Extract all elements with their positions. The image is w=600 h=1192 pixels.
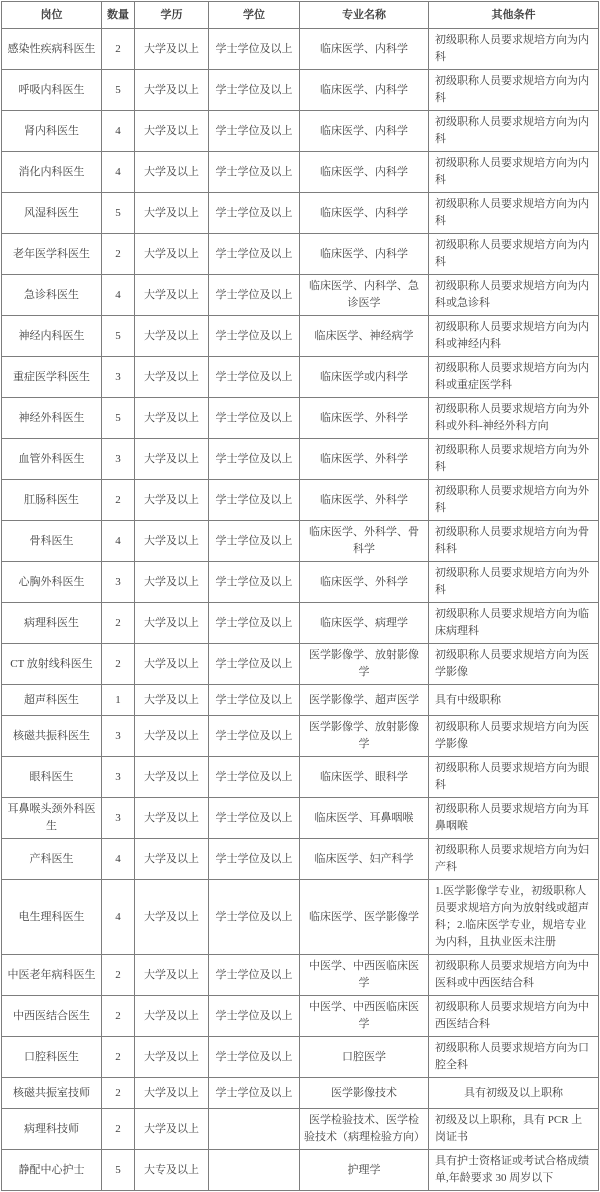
cell-count: 3 bbox=[102, 798, 135, 839]
cell-count: 5 bbox=[102, 70, 135, 111]
cell-count: 2 bbox=[102, 1078, 135, 1109]
cell-major: 中医学、中西医临床医学 bbox=[300, 996, 429, 1037]
cell-major: 临床医学、病理学 bbox=[300, 603, 429, 644]
cell-count: 2 bbox=[102, 996, 135, 1037]
cell-count: 2 bbox=[102, 955, 135, 996]
cell-degree bbox=[209, 1109, 300, 1150]
cell-education: 大学及以上 bbox=[135, 1109, 209, 1150]
table-row: 肾内科医生 4 大学及以上 学士学位及以上 临床医学、内科学 初级职称人员要求规… bbox=[2, 111, 599, 152]
cell-education: 大学及以上 bbox=[135, 644, 209, 685]
cell-degree: 学士学位及以上 bbox=[209, 996, 300, 1037]
cell-major: 临床医学、内科学 bbox=[300, 234, 429, 275]
cell-education: 大学及以上 bbox=[135, 357, 209, 398]
cell-count: 4 bbox=[102, 839, 135, 880]
cell-major: 临床医学、耳鼻咽喉 bbox=[300, 798, 429, 839]
cell-education: 大学及以上 bbox=[135, 193, 209, 234]
cell-degree: 学士学位及以上 bbox=[209, 562, 300, 603]
cell-major: 医学影像学、超声医学 bbox=[300, 685, 429, 716]
cell-education: 大学及以上 bbox=[135, 685, 209, 716]
cell-degree: 学士学位及以上 bbox=[209, 193, 300, 234]
column-header-major: 专业名称 bbox=[300, 2, 429, 29]
cell-degree: 学士学位及以上 bbox=[209, 955, 300, 996]
cell-conditions: 初级职称人员要求规培方向为妇产科 bbox=[429, 839, 599, 880]
cell-position: 骨科医生 bbox=[2, 521, 102, 562]
cell-count: 3 bbox=[102, 716, 135, 757]
cell-conditions: 初级职称人员要求规培方向为内科 bbox=[429, 152, 599, 193]
cell-position: 眼科医生 bbox=[2, 757, 102, 798]
cell-position: 核磁共振室技师 bbox=[2, 1078, 102, 1109]
cell-major: 临床医学、神经病学 bbox=[300, 316, 429, 357]
cell-education: 大学及以上 bbox=[135, 839, 209, 880]
cell-position: 感染性疾病科医生 bbox=[2, 29, 102, 70]
cell-major: 临床医学、外科学 bbox=[300, 398, 429, 439]
cell-education: 大学及以上 bbox=[135, 757, 209, 798]
cell-count: 5 bbox=[102, 1150, 135, 1191]
cell-count: 4 bbox=[102, 521, 135, 562]
cell-degree: 学士学位及以上 bbox=[209, 880, 300, 955]
table-row: 口腔科医生 2 大学及以上 学士学位及以上 口腔医学 初级职称人员要求规培方向为… bbox=[2, 1037, 599, 1078]
cell-degree: 学士学位及以上 bbox=[209, 1037, 300, 1078]
table-row: CT 放射线科医生 2 大学及以上 学士学位及以上 医学影像学、放射影像学 初级… bbox=[2, 644, 599, 685]
cell-conditions: 初级职称人员要求规培方向为内科或重症医学科 bbox=[429, 357, 599, 398]
cell-degree: 学士学位及以上 bbox=[209, 480, 300, 521]
cell-position: 神经外科医生 bbox=[2, 398, 102, 439]
table-row: 重症医学科医生 3 大学及以上 学士学位及以上 临床医学或内科学 初级职称人员要… bbox=[2, 357, 599, 398]
cell-conditions: 初级职称人员要求规培方向为外科 bbox=[429, 439, 599, 480]
cell-education: 大学及以上 bbox=[135, 29, 209, 70]
cell-education: 大学及以上 bbox=[135, 521, 209, 562]
cell-degree: 学士学位及以上 bbox=[209, 798, 300, 839]
cell-conditions: 初级及以上职称，具有 PCR 上岗证书 bbox=[429, 1109, 599, 1150]
cell-education: 大学及以上 bbox=[135, 1078, 209, 1109]
cell-education: 大学及以上 bbox=[135, 955, 209, 996]
cell-count: 2 bbox=[102, 234, 135, 275]
cell-count: 2 bbox=[102, 1109, 135, 1150]
cell-education: 大学及以上 bbox=[135, 152, 209, 193]
cell-position: 消化内科医生 bbox=[2, 152, 102, 193]
table-row: 核磁共振科医生 3 大学及以上 学士学位及以上 医学影像学、放射影像学 初级职称… bbox=[2, 716, 599, 757]
cell-conditions: 初级职称人员要求规培方向为内科 bbox=[429, 111, 599, 152]
cell-major: 临床医学、眼科学 bbox=[300, 757, 429, 798]
table-row: 超声科医生 1 大学及以上 学士学位及以上 医学影像学、超声医学 具有中级职称 bbox=[2, 685, 599, 716]
cell-education: 大学及以上 bbox=[135, 316, 209, 357]
cell-count: 5 bbox=[102, 193, 135, 234]
cell-education: 大学及以上 bbox=[135, 70, 209, 111]
cell-conditions: 初级职称人员要求规培方向为内科 bbox=[429, 29, 599, 70]
cell-major: 临床医学、内科学 bbox=[300, 29, 429, 70]
cell-education: 大学及以上 bbox=[135, 716, 209, 757]
cell-degree: 学士学位及以上 bbox=[209, 839, 300, 880]
table-row: 病理科技师 2 大学及以上 医学检验技术、医学检验技术（病理检验方向） 初级及以… bbox=[2, 1109, 599, 1150]
table-row: 耳鼻喉头颈外科医生 3 大学及以上 学士学位及以上 临床医学、耳鼻咽喉 初级职称… bbox=[2, 798, 599, 839]
cell-major: 医学影像学、放射影像学 bbox=[300, 644, 429, 685]
cell-degree: 学士学位及以上 bbox=[209, 521, 300, 562]
cell-degree bbox=[209, 1150, 300, 1191]
cell-major: 临床医学、内科学 bbox=[300, 152, 429, 193]
cell-education: 大学及以上 bbox=[135, 480, 209, 521]
table-row: 肛肠科医生 2 大学及以上 学士学位及以上 临床医学、外科学 初级职称人员要求规… bbox=[2, 480, 599, 521]
cell-conditions: 具有中级职称 bbox=[429, 685, 599, 716]
cell-education: 大学及以上 bbox=[135, 562, 209, 603]
table-row: 风湿科医生 5 大学及以上 学士学位及以上 临床医学、内科学 初级职称人员要求规… bbox=[2, 193, 599, 234]
cell-education: 大学及以上 bbox=[135, 275, 209, 316]
cell-major: 护理学 bbox=[300, 1150, 429, 1191]
cell-major: 中医学、中西医临床医学 bbox=[300, 955, 429, 996]
cell-degree: 学士学位及以上 bbox=[209, 111, 300, 152]
cell-conditions: 初级职称人员要求规培方向为内科 bbox=[429, 193, 599, 234]
table-row: 消化内科医生 4 大学及以上 学士学位及以上 临床医学、内科学 初级职称人员要求… bbox=[2, 152, 599, 193]
cell-count: 5 bbox=[102, 398, 135, 439]
cell-conditions: 初级职称人员要求规培方向为眼科 bbox=[429, 757, 599, 798]
table-row: 神经外科医生 5 大学及以上 学士学位及以上 临床医学、外科学 初级职称人员要求… bbox=[2, 398, 599, 439]
cell-major: 临床医学、外科学、骨科学 bbox=[300, 521, 429, 562]
cell-major: 医学影像技术 bbox=[300, 1078, 429, 1109]
cell-conditions: 初级职称人员要求规培方向为内科 bbox=[429, 70, 599, 111]
cell-conditions: 具有护士资格证或考试合格成绩单,年龄要求 30 周岁以下 bbox=[429, 1150, 599, 1191]
cell-position: 静配中心护士 bbox=[2, 1150, 102, 1191]
cell-count: 2 bbox=[102, 603, 135, 644]
cell-conditions: 初级职称人员要求规培方向为口腔全科 bbox=[429, 1037, 599, 1078]
table-row: 老年医学科医生 2 大学及以上 学士学位及以上 临床医学、内科学 初级职称人员要… bbox=[2, 234, 599, 275]
cell-position: 口腔科医生 bbox=[2, 1037, 102, 1078]
table-row: 眼科医生 3 大学及以上 学士学位及以上 临床医学、眼科学 初级职称人员要求规培… bbox=[2, 757, 599, 798]
cell-education: 大学及以上 bbox=[135, 798, 209, 839]
cell-major: 临床医学、外科学 bbox=[300, 439, 429, 480]
cell-position: 老年医学科医生 bbox=[2, 234, 102, 275]
cell-education: 大学及以上 bbox=[135, 234, 209, 275]
cell-education: 大专及以上 bbox=[135, 1150, 209, 1191]
cell-major: 临床医学、内科学 bbox=[300, 70, 429, 111]
cell-degree: 学士学位及以上 bbox=[209, 152, 300, 193]
table-row: 中西医结合医生 2 大学及以上 学士学位及以上 中医学、中西医临床医学 初级职称… bbox=[2, 996, 599, 1037]
cell-count: 5 bbox=[102, 316, 135, 357]
cell-position: 核磁共振科医生 bbox=[2, 716, 102, 757]
table-row: 骨科医生 4 大学及以上 学士学位及以上 临床医学、外科学、骨科学 初级职称人员… bbox=[2, 521, 599, 562]
cell-count: 3 bbox=[102, 562, 135, 603]
cell-count: 4 bbox=[102, 880, 135, 955]
cell-degree: 学士学位及以上 bbox=[209, 316, 300, 357]
table-row: 中医老年病科医生 2 大学及以上 学士学位及以上 中医学、中西医临床医学 初级职… bbox=[2, 955, 599, 996]
cell-degree: 学士学位及以上 bbox=[209, 70, 300, 111]
cell-count: 3 bbox=[102, 357, 135, 398]
table-row: 心胸外科医生 3 大学及以上 学士学位及以上 临床医学、外科学 初级职称人员要求… bbox=[2, 562, 599, 603]
cell-degree: 学士学位及以上 bbox=[209, 603, 300, 644]
table-row: 产科医生 4 大学及以上 学士学位及以上 临床医学、妇产科学 初级职称人员要求规… bbox=[2, 839, 599, 880]
cell-position: 产科医生 bbox=[2, 839, 102, 880]
cell-count: 2 bbox=[102, 1037, 135, 1078]
cell-major: 医学影像学、放射影像学 bbox=[300, 716, 429, 757]
cell-conditions: 初级职称人员要求规培方向为外科 bbox=[429, 480, 599, 521]
table-row: 感染性疾病科医生 2 大学及以上 学士学位及以上 临床医学、内科学 初级职称人员… bbox=[2, 29, 599, 70]
cell-count: 4 bbox=[102, 152, 135, 193]
cell-conditions: 具有初级及以上职称 bbox=[429, 1078, 599, 1109]
cell-degree: 学士学位及以上 bbox=[209, 716, 300, 757]
cell-conditions: 初级职称人员要求规培方向为外科 bbox=[429, 562, 599, 603]
cell-major: 临床医学、外科学 bbox=[300, 480, 429, 521]
column-header-degree: 学位 bbox=[209, 2, 300, 29]
cell-education: 大学及以上 bbox=[135, 996, 209, 1037]
cell-position: 肾内科医生 bbox=[2, 111, 102, 152]
cell-position: 病理科技师 bbox=[2, 1109, 102, 1150]
cell-position: 病理科医生 bbox=[2, 603, 102, 644]
cell-position: 超声科医生 bbox=[2, 685, 102, 716]
cell-major: 临床医学、内科学 bbox=[300, 193, 429, 234]
table-row: 静配中心护士 5 大专及以上 护理学 具有护士资格证或考试合格成绩单,年龄要求 … bbox=[2, 1150, 599, 1191]
cell-position: 电生理科医生 bbox=[2, 880, 102, 955]
cell-major: 临床医学、内科学、急诊医学 bbox=[300, 275, 429, 316]
table-body: 感染性疾病科医生 2 大学及以上 学士学位及以上 临床医学、内科学 初级职称人员… bbox=[2, 29, 599, 1191]
cell-count: 4 bbox=[102, 275, 135, 316]
cell-conditions: 初级职称人员要求规培方向为内科 bbox=[429, 234, 599, 275]
cell-position: 肛肠科医生 bbox=[2, 480, 102, 521]
cell-education: 大学及以上 bbox=[135, 603, 209, 644]
cell-degree: 学士学位及以上 bbox=[209, 439, 300, 480]
cell-degree: 学士学位及以上 bbox=[209, 685, 300, 716]
cell-position: 风湿科医生 bbox=[2, 193, 102, 234]
cell-degree: 学士学位及以上 bbox=[209, 357, 300, 398]
cell-degree: 学士学位及以上 bbox=[209, 1078, 300, 1109]
cell-position: 心胸外科医生 bbox=[2, 562, 102, 603]
table-row: 核磁共振室技师 2 大学及以上 学士学位及以上 医学影像技术 具有初级及以上职称 bbox=[2, 1078, 599, 1109]
column-header-count: 数量 bbox=[102, 2, 135, 29]
table-row: 急诊科医生 4 大学及以上 学士学位及以上 临床医学、内科学、急诊医学 初级职称… bbox=[2, 275, 599, 316]
cell-education: 大学及以上 bbox=[135, 1037, 209, 1078]
cell-degree: 学士学位及以上 bbox=[209, 234, 300, 275]
cell-conditions: 初级职称人员要求规培方向为临床病理科 bbox=[429, 603, 599, 644]
cell-count: 4 bbox=[102, 111, 135, 152]
cell-degree: 学士学位及以上 bbox=[209, 275, 300, 316]
cell-count: 2 bbox=[102, 644, 135, 685]
cell-conditions: 初级职称人员要求规培方向为耳鼻咽喉 bbox=[429, 798, 599, 839]
cell-education: 大学及以上 bbox=[135, 439, 209, 480]
table-row: 血管外科医生 3 大学及以上 学士学位及以上 临床医学、外科学 初级职称人员要求… bbox=[2, 439, 599, 480]
cell-degree: 学士学位及以上 bbox=[209, 757, 300, 798]
cell-major: 口腔医学 bbox=[300, 1037, 429, 1078]
table-row: 病理科医生 2 大学及以上 学士学位及以上 临床医学、病理学 初级职称人员要求规… bbox=[2, 603, 599, 644]
column-header-other-conditions: 其他条件 bbox=[429, 2, 599, 29]
cell-education: 大学及以上 bbox=[135, 398, 209, 439]
cell-position: 中西医结合医生 bbox=[2, 996, 102, 1037]
column-header-education: 学历 bbox=[135, 2, 209, 29]
table-row: 神经内科医生 5 大学及以上 学士学位及以上 临床医学、神经病学 初级职称人员要… bbox=[2, 316, 599, 357]
cell-position: CT 放射线科医生 bbox=[2, 644, 102, 685]
cell-position: 血管外科医生 bbox=[2, 439, 102, 480]
cell-major: 临床医学、外科学 bbox=[300, 562, 429, 603]
header-row: 岗位 数量 学历 学位 专业名称 其他条件 bbox=[2, 2, 599, 29]
cell-major: 临床医学、医学影像学 bbox=[300, 880, 429, 955]
cell-major: 临床医学或内科学 bbox=[300, 357, 429, 398]
column-header-position: 岗位 bbox=[2, 2, 102, 29]
cell-position: 急诊科医生 bbox=[2, 275, 102, 316]
cell-count: 2 bbox=[102, 29, 135, 70]
cell-conditions: 初级职称人员要求规培方向为内科或急诊科 bbox=[429, 275, 599, 316]
cell-count: 3 bbox=[102, 757, 135, 798]
cell-major: 医学检验技术、医学检验技术（病理检验方向） bbox=[300, 1109, 429, 1150]
cell-education: 大学及以上 bbox=[135, 880, 209, 955]
cell-position: 耳鼻喉头颈外科医生 bbox=[2, 798, 102, 839]
table-row: 呼吸内科医生 5 大学及以上 学士学位及以上 临床医学、内科学 初级职称人员要求… bbox=[2, 70, 599, 111]
table-header: 岗位 数量 学历 学位 专业名称 其他条件 bbox=[2, 2, 599, 29]
cell-degree: 学士学位及以上 bbox=[209, 398, 300, 439]
cell-degree: 学士学位及以上 bbox=[209, 29, 300, 70]
table-row: 电生理科医生 4 大学及以上 学士学位及以上 临床医学、医学影像学 1.医学影像… bbox=[2, 880, 599, 955]
cell-conditions: 初级职称人员要求规培方向为内科或神经内科 bbox=[429, 316, 599, 357]
cell-conditions: 初级职称人员要求规培方向为外科或外科-神经外科方向 bbox=[429, 398, 599, 439]
cell-count: 1 bbox=[102, 685, 135, 716]
cell-position: 神经内科医生 bbox=[2, 316, 102, 357]
cell-education: 大学及以上 bbox=[135, 111, 209, 152]
cell-position: 呼吸内科医生 bbox=[2, 70, 102, 111]
cell-conditions: 1.医学影像学专业，初级职称人员要求规培方向为放射线或超声科；2.临床医学专业，… bbox=[429, 880, 599, 955]
cell-conditions: 初级职称人员要求规培方向为中医科或中西医结合科 bbox=[429, 955, 599, 996]
cell-count: 2 bbox=[102, 480, 135, 521]
cell-count: 3 bbox=[102, 439, 135, 480]
cell-degree: 学士学位及以上 bbox=[209, 644, 300, 685]
recruitment-table: 岗位 数量 学历 学位 专业名称 其他条件 感染性疾病科医生 2 大学及以上 学… bbox=[1, 1, 599, 1191]
cell-position: 重症医学科医生 bbox=[2, 357, 102, 398]
cell-major: 临床医学、内科学 bbox=[300, 111, 429, 152]
cell-major: 临床医学、妇产科学 bbox=[300, 839, 429, 880]
cell-conditions: 初级职称人员要求规培方向为医学影像 bbox=[429, 716, 599, 757]
cell-conditions: 初级职称人员要求规培方向为中西医结合科 bbox=[429, 996, 599, 1037]
cell-conditions: 初级职称人员要求规培方向为医学影像 bbox=[429, 644, 599, 685]
cell-position: 中医老年病科医生 bbox=[2, 955, 102, 996]
cell-conditions: 初级职称人员要求规培方向为骨科科 bbox=[429, 521, 599, 562]
